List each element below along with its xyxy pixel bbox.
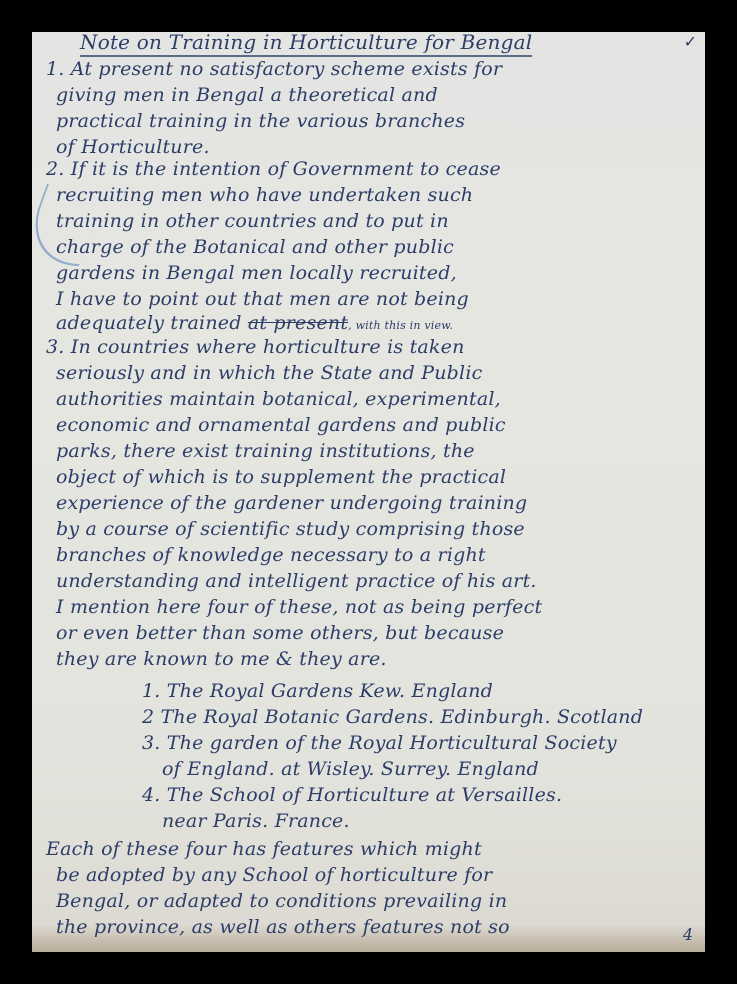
text-line: I have to point out that men are not bei… [56, 288, 469, 310]
text-line: experience of the gardener undergoing tr… [56, 492, 527, 514]
text-line: seriously and in which the State and Pub… [56, 362, 482, 384]
list-item: 1. The Royal Gardens Kew. England [142, 680, 493, 702]
text-line: authorities maintain botanical, experime… [56, 388, 501, 410]
text-line: charge of the Botanical and other public [56, 236, 454, 258]
text-line: branches of knowledge necessary to a rig… [56, 544, 486, 566]
text-line: training in other countries and to put i… [56, 210, 449, 232]
text-line: object of which is to supplement the pra… [56, 466, 506, 488]
document-page: ✓ Note on Training in Horticulture for B… [32, 32, 705, 952]
text-line: the province, as well as others features… [56, 916, 510, 938]
text-line: of Horticulture. [56, 136, 210, 158]
page-number: 4 [683, 925, 693, 944]
list-item: 4. The School of Horticulture at Versail… [142, 784, 562, 806]
text-line: adequately trained at present, with this… [56, 312, 453, 334]
text-line: 3. In countries where horticulture is ta… [46, 336, 465, 358]
text-line: I mention here four of these, not as bei… [56, 596, 542, 618]
inserted-text: , with this in view. [348, 319, 453, 332]
text-line: 1. At present no satisfactory scheme exi… [46, 58, 502, 80]
check-mark-icon: ✓ [684, 32, 697, 51]
text-line: parks, there exist training institutions… [56, 440, 475, 462]
text-line: by a course of scientific study comprisi… [56, 518, 525, 540]
text-line: Each of these four has features which mi… [46, 838, 482, 860]
text-fragment: adequately trained [56, 312, 242, 334]
list-item: near Paris. France. [162, 810, 350, 832]
text-line: Bengal, or adapted to conditions prevail… [56, 890, 507, 912]
text-line: giving men in Bengal a theoretical and [56, 84, 438, 106]
list-item: 3. The garden of the Royal Horticultural… [142, 732, 617, 754]
struck-text: at present [248, 312, 348, 334]
text-line: gardens in Bengal men locally recruited, [56, 262, 457, 284]
text-line: 2. If it is the intention of Government … [46, 158, 501, 180]
text-line: recruiting men who have undertaken such [56, 184, 473, 206]
text-line: understanding and intelligent practice o… [56, 570, 537, 592]
text-line: practical training in the various branch… [56, 110, 465, 132]
text-line: or even better than some others, but bec… [56, 622, 504, 644]
text-line: they are known to me & they are. [56, 648, 387, 670]
text-line: be adopted by any School of horticulture… [56, 864, 492, 886]
text-line: economic and ornamental gardens and publ… [56, 414, 506, 436]
document-title: Note on Training in Horticulture for Ben… [80, 32, 532, 57]
list-item: 2 The Royal Botanic Gardens. Edinburgh. … [142, 706, 643, 728]
list-item: of England. at Wisley. Surrey. England [162, 758, 539, 780]
